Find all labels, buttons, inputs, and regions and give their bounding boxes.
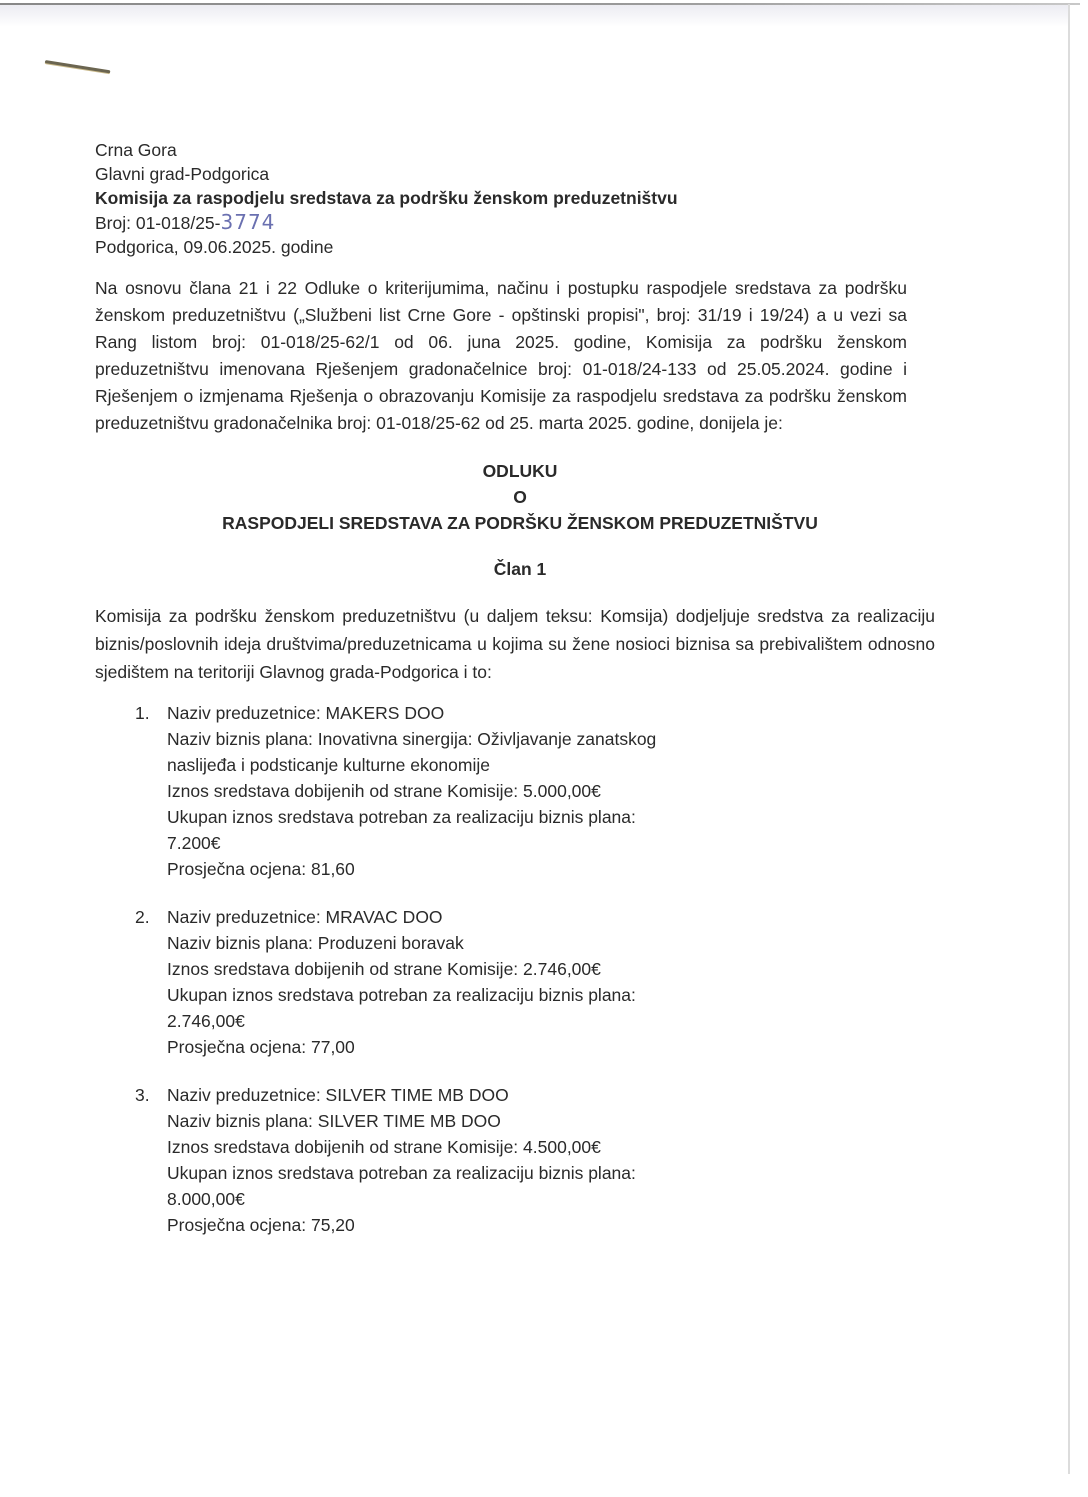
city: Glavni grad-Podgorica xyxy=(95,162,935,186)
decision-title: ODLUKU xyxy=(95,457,945,485)
total-value: 8.000,00€ xyxy=(167,1186,935,1212)
plan-name-cont: naslijeđa i podsticanje kulturne ekonomi… xyxy=(167,752,935,778)
item-number: 1. xyxy=(135,700,150,726)
scan-right-edge xyxy=(1068,4,1070,1474)
average-score: Prosječna ocjena: 77,00 xyxy=(167,1034,935,1060)
average-score: Prosječna ocjena: 81,60 xyxy=(167,856,935,882)
decision-title-o: O xyxy=(95,485,945,509)
country: Crna Gora xyxy=(95,138,935,162)
document-page: Crna Gora Glavni grad-Podgorica Komisija… xyxy=(95,138,935,1260)
item-number: 2. xyxy=(135,904,150,930)
total-value: 2.746,00€ xyxy=(167,1008,935,1034)
company-name: Naziv preduzetnice: MRAVAC DOO xyxy=(167,904,935,930)
total-label: Ukupan iznos sredstava potreban za reali… xyxy=(167,804,935,830)
company-name: Naziv preduzetnice: MAKERS DOO xyxy=(167,700,935,726)
plan-name: Naziv biznis plana: Inovativna sinergija… xyxy=(167,726,935,752)
scan-shadow xyxy=(0,5,1068,27)
document-header: Crna Gora Glavni grad-Podgorica Komisija… xyxy=(95,138,935,259)
total-label: Ukupan iznos sredstava potreban za reali… xyxy=(167,1160,935,1186)
plan-name: Naziv biznis plana: SILVER TIME MB DOO xyxy=(167,1108,935,1134)
total-value: 7.200€ xyxy=(167,830,935,856)
average-score: Prosječna ocjena: 75,20 xyxy=(167,1212,935,1238)
handwritten-number: 3774 xyxy=(221,210,276,234)
article-intro: Komisija za podršku ženskom preduzetništ… xyxy=(95,602,935,686)
granted-amount: Iznos sredstava dobijenih od strane Komi… xyxy=(167,956,935,982)
decision-subtitle: RASPODJELI SREDSTAVA ZA PODRŠKU ŽENSKOM … xyxy=(95,509,945,537)
item-number: 3. xyxy=(135,1082,150,1108)
list-item: 3. Naziv preduzetnice: SILVER TIME MB DO… xyxy=(135,1082,935,1238)
preamble: Na osnovu člana 21 i 22 Odluke o kriteri… xyxy=(95,275,907,437)
granted-amount: Iznos sredstava dobijenih od strane Komi… xyxy=(167,1134,935,1160)
article-heading: Član 1 xyxy=(95,559,945,580)
list-item: 1. Naziv preduzetnice: MAKERS DOO Naziv … xyxy=(135,700,935,882)
plan-name: Naziv biznis plana: Produzeni boravak xyxy=(167,930,935,956)
document-number: Broj: 01-018/25-3774 xyxy=(95,210,935,235)
total-label: Ukupan iznos sredstava potreban za reali… xyxy=(167,982,935,1008)
place-date: Podgorica, 09.06.2025. godine xyxy=(95,235,935,259)
company-name: Naziv preduzetnice: SILVER TIME MB DOO xyxy=(167,1082,935,1108)
list-item: 2. Naziv preduzetnice: MRAVAC DOO Naziv … xyxy=(135,904,935,1060)
staple-mark xyxy=(45,60,111,73)
document-number-prefix: Broj: 01-018/25- xyxy=(95,213,221,233)
granted-amount: Iznos sredstava dobijenih od strane Komi… xyxy=(167,778,935,804)
committee-name: Komisija za raspodjelu sredstava za podr… xyxy=(95,186,935,210)
beneficiary-list: 1. Naziv preduzetnice: MAKERS DOO Naziv … xyxy=(135,700,935,1238)
